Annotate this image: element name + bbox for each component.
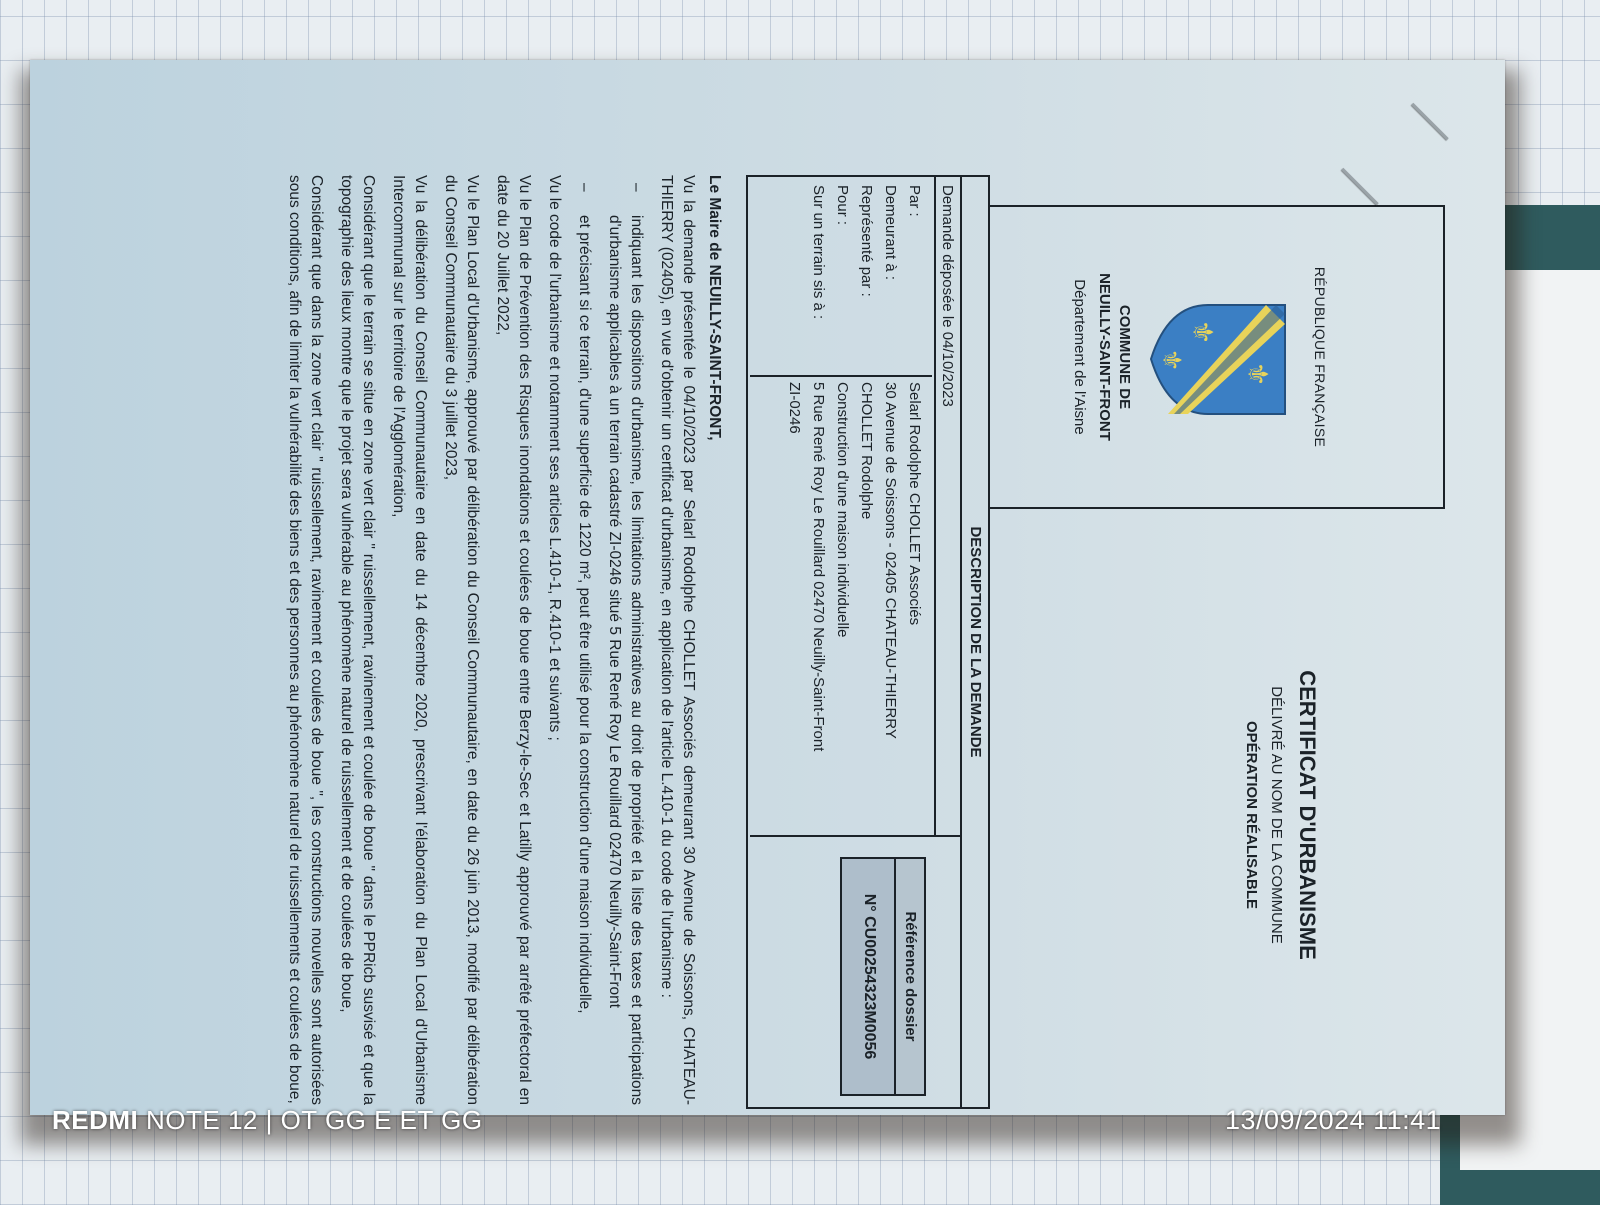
certificate-title: CERTIFICAT D'URBANISME <box>1294 625 1320 1005</box>
bullet-item: –indiquant les dispositions d'urbanisme,… <box>603 175 647 1105</box>
commune-label: COMMUNE DE <box>1116 207 1133 507</box>
reference-title: Référence dossier <box>894 859 924 1094</box>
dash-icon: – <box>625 183 647 192</box>
republic-label: RÉPUBLIQUE FRANÇAISE <box>1312 207 1328 507</box>
camera-watermark-datetime: 13/09/2024 11:41 <box>1225 1105 1441 1136</box>
column-divider <box>750 835 960 837</box>
department-label: Département de l'Aisne <box>1071 207 1088 507</box>
paragraph: Vu le Plan Local d'Urbanisme, approuvé p… <box>439 175 483 1105</box>
document-photo: RÉPUBLIQUE FRANÇAISE ⚜ ⚜ ⚜ COMMUNE DE NE… <box>30 60 1505 1115</box>
camera-watermark-model: REDMI NOTE 12 | OT GG E ET GG <box>52 1105 483 1136</box>
svg-text:⚜: ⚜ <box>1186 319 1219 344</box>
svg-text:⚜: ⚜ <box>1241 361 1274 386</box>
description-title: DESCRIPTION DE LA DEMANDE <box>960 177 988 1107</box>
commune-name: NEUILLY-SAINT-FRONT <box>1096 207 1113 507</box>
field-values: Selarl Rodolphe CHOLLET Associés 30 Aven… <box>782 382 926 832</box>
field-value: Construction d'une maison individuelle <box>830 382 854 832</box>
dash-icon: – <box>573 183 595 192</box>
reference-box: Référence dossier N° CU00254323M0056 <box>840 857 926 1096</box>
paragraph: Considérant que le terrain se situe en z… <box>335 175 379 1105</box>
paragraph: Vu le Plan de Prévention des Risques ino… <box>491 175 535 1105</box>
field-label: Par : <box>902 185 926 375</box>
svg-text:⚜: ⚜ <box>1156 348 1186 371</box>
bullet-item: –et précisant si ce terrain, d'une super… <box>573 175 595 1105</box>
certificate-page: RÉPUBLIQUE FRANÇAISE ⚜ ⚜ ⚜ COMMUNE DE NE… <box>30 60 1505 1115</box>
field-value: 5 Rue René Roy Le Rouillard 02470 Neuill… <box>806 382 830 832</box>
bullet-text: indiquant les dispositions d'urbanisme, … <box>606 215 645 1105</box>
column-divider <box>750 375 932 377</box>
camera-model: NOTE 12 | OT GG E ET GG <box>146 1105 483 1135</box>
request-description-table: DESCRIPTION DE LA DEMANDE Demande déposé… <box>746 175 990 1109</box>
field-label: Pour : <box>830 185 854 375</box>
paragraph: Vu le code de l'urbanisme et notamment s… <box>543 175 565 1105</box>
filing-date: Demande déposée le 04/10/2023 <box>934 177 960 835</box>
field-label: Représenté par : <box>854 185 878 375</box>
commune-header: RÉPUBLIQUE FRANÇAISE ⚜ ⚜ ⚜ COMMUNE DE NE… <box>988 205 1445 509</box>
certificate-body: Le Maire de NEUILLY-SAINT-FRONT, Vu la d… <box>275 175 725 1105</box>
field-value: CHOLLET Rodolphe <box>854 382 878 832</box>
request-paragraph: Vu la demande présentée le 04/10/2023 pa… <box>655 175 699 1105</box>
paragraph: Considérant que dans la zone vert clair … <box>283 175 327 1105</box>
operation-status: OPÉRATION RÉALISABLE <box>1243 625 1260 1005</box>
bullet-text: et précisant si ce terrain, d'une superf… <box>576 215 593 1014</box>
camera-brand: REDMI <box>52 1105 138 1135</box>
field-value: ZI-0246 <box>782 382 806 832</box>
field-labels: Par : Demeurant à : Représenté par : Pou… <box>806 185 926 375</box>
field-value: Selarl Rodolphe CHOLLET Associés <box>902 382 926 832</box>
mayor-line: Le Maire de NEUILLY-SAINT-FRONT, <box>703 175 725 1105</box>
certificate-subtitle: DÉLIVRÉ AU NOM DE LA COMMUNE <box>1268 625 1285 1005</box>
field-value: 30 Avenue de Soissons - 02405 CHATEAU-TH… <box>878 382 902 832</box>
coat-of-arms-icon: ⚜ ⚜ ⚜ <box>1148 302 1288 417</box>
field-label: Demeurant à : <box>878 185 902 375</box>
reference-number: N° CU00254323M0056 <box>844 859 894 1094</box>
paragraph: Vu la délibération du Conseil Communauta… <box>387 175 431 1105</box>
field-label: Sur un terrain sis à : <box>806 185 830 375</box>
